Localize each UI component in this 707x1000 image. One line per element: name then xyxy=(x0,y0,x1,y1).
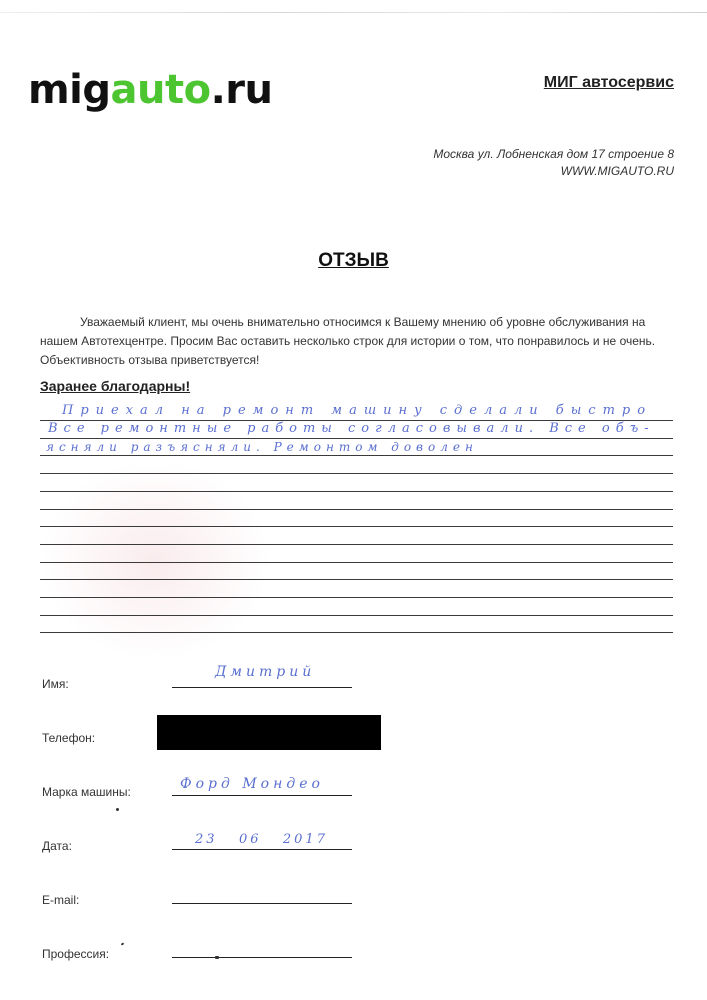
intro-line-3: Объективность отзыва приветствуется! xyxy=(40,353,259,367)
profession-label: Профессия: xyxy=(42,947,109,961)
ink-speck xyxy=(116,808,119,811)
ruled-line xyxy=(40,579,673,580)
ruled-line xyxy=(40,438,673,439)
website-link: WWW.MIGAUTO.RU xyxy=(433,163,674,180)
intro-paragraph: Уважаемый клиент, мы очень внимательно о… xyxy=(40,313,677,370)
review-text-line: Приехал на ремонт машину сделали быстро xyxy=(62,403,652,418)
ruled-line xyxy=(40,615,673,616)
name-value[interactable]: Дмитрий xyxy=(215,664,315,680)
email-field-line[interactable] xyxy=(172,903,352,904)
ruled-line xyxy=(40,509,673,510)
ruled-line xyxy=(40,597,673,598)
page-title: ОТЗЫВ xyxy=(0,250,707,272)
car-field-line xyxy=(172,795,352,796)
date-label: Дата: xyxy=(42,839,72,853)
ruled-line xyxy=(40,491,673,492)
ruled-line xyxy=(40,455,673,456)
phone-label: Телефон: xyxy=(42,731,95,745)
thanks-heading: Заранее благодарны! xyxy=(40,378,190,394)
car-label: Марка машины: xyxy=(42,785,131,799)
review-text-line: Все ремонтные работы согласовывали. Все … xyxy=(48,421,655,436)
ruled-line xyxy=(40,544,673,545)
profession-field-line[interactable] xyxy=(172,957,352,958)
phone-redacted-box xyxy=(157,715,381,750)
ink-speck xyxy=(121,942,125,945)
ruled-line xyxy=(40,562,673,563)
ruled-line xyxy=(40,632,673,633)
scan-edge xyxy=(0,12,707,13)
intro-line-1: Уважаемый клиент, мы очень внимательно о… xyxy=(80,315,645,329)
logo-part-auto: auto xyxy=(111,67,211,113)
car-value[interactable]: Форд Мондео xyxy=(180,776,324,792)
intro-line-2: нашем Автотехцентре. Просим Вас оставить… xyxy=(40,334,655,348)
logo-part-ru: .ru xyxy=(211,67,273,113)
logo-part-mig: mig xyxy=(28,67,111,113)
address-block: Москва ул. Лобненская дом 17 строение 8 … xyxy=(433,146,674,180)
brand-name: МИГ автосервис xyxy=(544,74,674,92)
name-field-line xyxy=(172,687,352,688)
ink-speck xyxy=(215,956,219,959)
ruled-line xyxy=(40,473,673,474)
faded-stamp-watermark xyxy=(40,460,270,660)
date-field-line xyxy=(172,849,352,850)
date-value[interactable]: 23 06 2017 xyxy=(195,832,328,847)
address-line: Москва ул. Лобненская дом 17 строение 8 xyxy=(433,146,674,163)
name-label: Имя: xyxy=(42,677,69,691)
review-text-line: ясняли разъясняли. Ремонтом доволен xyxy=(46,440,478,454)
ruled-line xyxy=(40,526,673,527)
logo: migauto.ru xyxy=(28,66,273,114)
email-label: E-mail: xyxy=(42,893,79,907)
